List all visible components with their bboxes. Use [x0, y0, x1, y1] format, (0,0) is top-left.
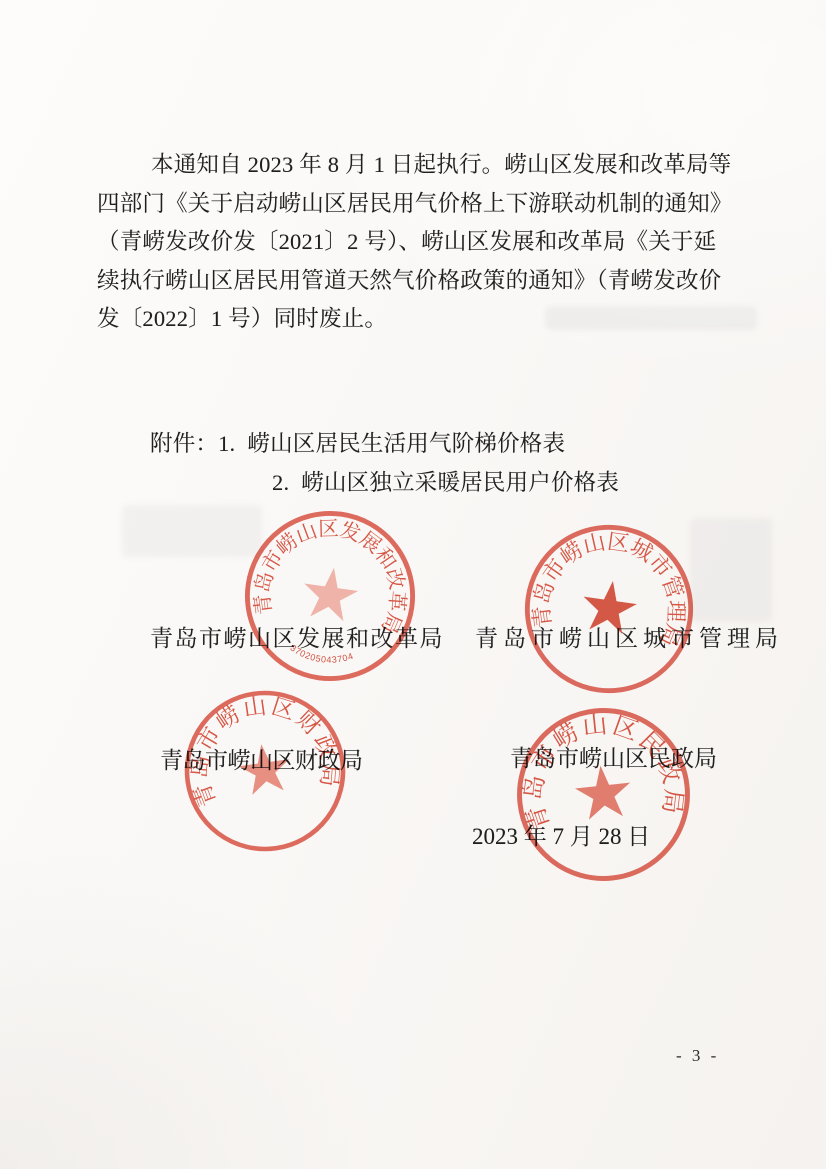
attachments-list: 附件：1.崂山区居民生活用气阶梯价格表 2.崂山区独立采暖居民用户价格表 — [150, 424, 619, 502]
paragraph-line: 本通知自 2023 年 8 月 1 日起执行。崂山区发展和改革局等 — [97, 146, 777, 185]
official-seal-city-management: 青岛市崂山区城市管理局 — [520, 520, 698, 698]
official-seal-development-reform: 青岛市崂山区发展和改革局 370205043704 — [240, 506, 420, 686]
paragraph-line: （青崂发改价发〔2021〕2 号）、崂山区发展和改革局《关于延 — [97, 223, 777, 262]
attachment-item: 2.崂山区独立采暖居民用户价格表 — [272, 463, 619, 502]
paragraph-line: 发〔2022〕1 号）同时废止。 — [97, 300, 777, 339]
official-seal-finance: 青岛市崂山区财政局 — [180, 686, 350, 856]
page-number: - 3 - — [676, 1046, 719, 1066]
attachment-number: 2. — [272, 470, 301, 495]
star-icon — [300, 564, 361, 623]
svg-text:370205043704: 370205043704 — [287, 642, 356, 669]
star-icon — [236, 741, 294, 797]
attachment-item: 附件：1.崂山区居民生活用气阶梯价格表 — [150, 424, 619, 463]
attachment-title: 崂山区居民生活用气阶梯价格表 — [247, 431, 565, 456]
seal-code-text: 370205043704 — [287, 642, 356, 669]
bleed-through-mark — [690, 518, 772, 622]
document-page: 本通知自 2023 年 8 月 1 日起执行。崂山区发展和改革局等 四部门《关于… — [0, 0, 826, 1169]
paragraph-line: 四部门《关于启动崂山区居民用气价格上下游联动机制的通知》 — [97, 185, 777, 224]
official-seal-civil-affairs: 青岛市崂山区民政局 — [512, 703, 695, 886]
paragraph-line: 续执行崂山区居民用管道天然气价格政策的通知》（青崂发改价 — [97, 262, 777, 301]
notice-paragraph: 本通知自 2023 年 8 月 1 日起执行。崂山区发展和改革局等 四部门《关于… — [97, 146, 777, 339]
attachments-label: 附件： — [150, 431, 218, 456]
attachment-number: 1. — [218, 431, 247, 456]
attachment-title: 崂山区独立采暖居民用户价格表 — [301, 470, 619, 495]
star-icon — [573, 763, 633, 821]
star-icon — [579, 577, 639, 635]
